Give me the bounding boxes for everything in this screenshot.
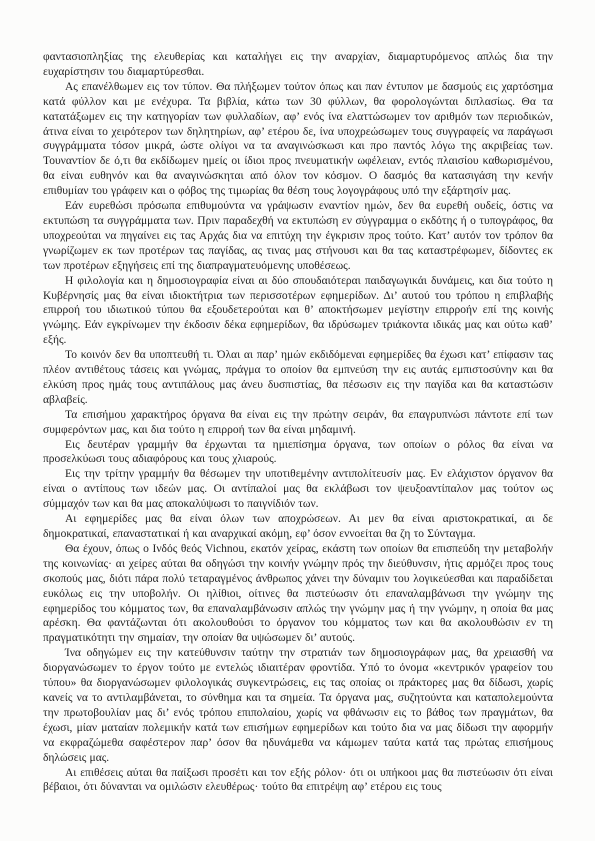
text-paragraph: Εάν ευρεθώσι πρόσωπα επιθυμούντα να γράψ… <box>43 199 553 274</box>
text-paragraph: Ας επανέλθωμεν εις τον τύπον. Θα πλήξωμε… <box>43 80 553 199</box>
text-paragraph: Εις δευτέραν γραμμήν θα έρχωνται τα ημιε… <box>43 438 553 468</box>
text-paragraph: Η φιλολογία και η δημοσιογραφία είναι αι… <box>43 274 553 349</box>
text-paragraph: Τα επισήμου χαρακτήρος όργανα θα είναι ε… <box>43 408 553 438</box>
text-paragraph: Αι εφημερίδες μας θα είναι όλων των αποχ… <box>43 512 553 542</box>
text-paragraph: Θα έχουν, όπως ο Ινδός θεός Vichnou, εκα… <box>43 542 553 646</box>
text-paragraph: Εις την τρίτην γραμμήν θα θέσωμεν την υπ… <box>43 467 553 512</box>
text-paragraph: Αι επιθέσεις αύται θα παίξωσι προσέτι κα… <box>43 766 553 796</box>
text-paragraph: Το κοινόν δεν θα υποπτευθή τι. Όλαι αι π… <box>43 348 553 408</box>
text-paragraph: φαντασιοπληξίας της ελευθερίας και καταλ… <box>43 50 553 80</box>
document-page: φαντασιοπληξίας της ελευθερίας και καταλ… <box>0 0 595 841</box>
text-paragraph: Ίνα οδηγώμεν εις την κατεύθυνσιν ταύτην … <box>43 646 553 765</box>
